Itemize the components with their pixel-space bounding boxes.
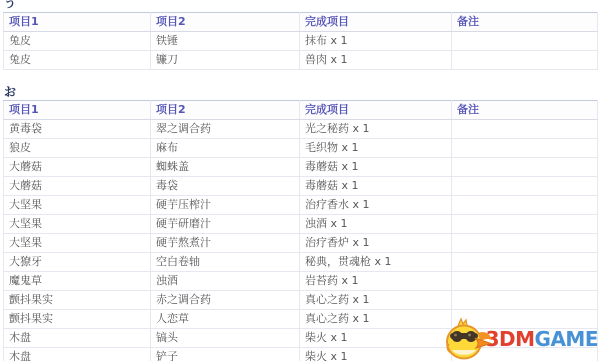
table-row: 大蘑菇毒袋毒蘑菇 x 1 (4, 177, 598, 196)
table-row: 魔鬼草浊酒岩苔药 x 1 (4, 272, 598, 291)
section-u: う 项目1项目2完成项目备注 兔皮铁锤抹布 x 1兔皮镰刀兽肉 x 1 (3, 0, 597, 70)
table-cell: 铲子 (151, 348, 300, 361)
table-cell: 岩苔药 x 1 (300, 272, 452, 291)
table-cell (452, 196, 598, 215)
table-cell (452, 215, 598, 234)
table-cell (452, 291, 598, 310)
table-cell: 秘典，贯魂枪 x 1 (300, 253, 452, 272)
column-header: 项目2 (151, 13, 300, 32)
table-cell: 大獠牙 (4, 253, 151, 272)
table-row: 黄毒袋翠之调合药光之秘药 x 1 (4, 120, 598, 139)
table-cell: 木盘 (4, 329, 151, 348)
table-row: 木盘铲子柴火 x 1 (4, 348, 598, 361)
table-cell: 兔皮 (4, 51, 151, 70)
table-cell (452, 32, 598, 51)
table-row: 大蘑菇蜘蛛盖毒蘑菇 x 1 (4, 158, 598, 177)
table-cell: 兽肉 x 1 (300, 51, 452, 70)
table-cell (452, 253, 598, 272)
table-cell: 麻布 (151, 139, 300, 158)
table-cell: 毛织物 x 1 (300, 139, 452, 158)
recipe-table-u: 项目1项目2完成项目备注 兔皮铁锤抹布 x 1兔皮镰刀兽肉 x 1 (3, 12, 598, 70)
table-cell (452, 177, 598, 196)
recipe-guide-content: う 项目1项目2完成项目备注 兔皮铁锤抹布 x 1兔皮镰刀兽肉 x 1 お 项目… (3, 0, 597, 361)
guide-page: う 项目1项目2完成项目备注 兔皮铁锤抹布 x 1兔皮镰刀兽肉 x 1 お 项目… (0, 0, 600, 361)
column-header: 项目2 (151, 101, 300, 120)
table-cell: 大坚果 (4, 196, 151, 215)
table-row: 木盘镐头柴火 x 1 (4, 329, 598, 348)
table-cell: 大蘑菇 (4, 177, 151, 196)
table-cell: 浊酒 x 1 (300, 215, 452, 234)
table-cell: 毒袋 (151, 177, 300, 196)
table-cell: 铁锤 (151, 32, 300, 51)
table-row: 兔皮铁锤抹布 x 1 (4, 32, 598, 51)
table-cell: 木盘 (4, 348, 151, 361)
table-cell: 空白卷轴 (151, 253, 300, 272)
table-cell: 镐头 (151, 329, 300, 348)
table-cell: 大坚果 (4, 234, 151, 253)
table-body-o: 黄毒袋翠之调合药光之秘药 x 1狼皮麻布毛织物 x 1大蘑菇蜘蛛盖毒蘑菇 x 1… (4, 120, 598, 361)
recipe-table-o: 项目1项目2完成项目备注 黄毒袋翠之调合药光之秘药 x 1狼皮麻布毛织物 x 1… (3, 100, 598, 361)
table-row: 大坚果硬芋压榨汁治疗香水 x 1 (4, 196, 598, 215)
table-row: 颤抖果实人恋草真心之药 x 1 (4, 310, 598, 329)
table-cell: 硬芋压榨汁 (151, 196, 300, 215)
column-header: 备注 (452, 13, 598, 32)
table-cell: 毒蘑菇 x 1 (300, 158, 452, 177)
table-cell: 治疗香水 x 1 (300, 196, 452, 215)
table-cell: 柴火 x 1 (300, 348, 452, 361)
table-row: 狼皮麻布毛织物 x 1 (4, 139, 598, 158)
table-row: 颤抖果实赤之调合药真心之药 x 1 (4, 291, 598, 310)
table-cell (452, 234, 598, 253)
column-header: 项目1 (4, 13, 151, 32)
table-cell: 大蘑菇 (4, 158, 151, 177)
table-row: 大坚果硬芋熬煮汁治疗香炉 x 1 (4, 234, 598, 253)
column-header: 完成项目 (300, 13, 452, 32)
column-header: 项目1 (4, 101, 151, 120)
table-cell: 颤抖果实 (4, 291, 151, 310)
section-label-u: う (3, 0, 597, 12)
table-cell (452, 348, 598, 361)
table-cell: 浊酒 (151, 272, 300, 291)
table-body-u: 兔皮铁锤抹布 x 1兔皮镰刀兽肉 x 1 (4, 32, 598, 70)
section-label-o: お (3, 86, 597, 100)
table-cell (452, 329, 598, 348)
table-cell: 兔皮 (4, 32, 151, 51)
table-cell (452, 120, 598, 139)
table-cell: 抹布 x 1 (300, 32, 452, 51)
table-cell (452, 310, 598, 329)
table-cell: 人恋草 (151, 310, 300, 329)
table-cell: 硬芋熬煮汁 (151, 234, 300, 253)
table-cell (452, 158, 598, 177)
table-cell: 柴火 x 1 (300, 329, 452, 348)
table-cell: 毒蘑菇 x 1 (300, 177, 452, 196)
table-cell: 光之秘药 x 1 (300, 120, 452, 139)
table-cell: 真心之药 x 1 (300, 291, 452, 310)
section-o: お 项目1项目2完成项目备注 黄毒袋翠之调合药光之秘药 x 1狼皮麻布毛织物 x… (3, 86, 597, 361)
table-cell: 黄毒袋 (4, 120, 151, 139)
table-row: 大坚果硬芋研磨汁浊酒 x 1 (4, 215, 598, 234)
table-cell: 颤抖果实 (4, 310, 151, 329)
column-header: 完成项目 (300, 101, 452, 120)
table-cell (452, 272, 598, 291)
column-header: 备注 (452, 101, 598, 120)
header-row: 项目1项目2完成项目备注 (4, 13, 598, 32)
table-cell: 大坚果 (4, 215, 151, 234)
table-cell: 蜘蛛盖 (151, 158, 300, 177)
header-row: 项目1项目2完成项目备注 (4, 101, 598, 120)
table-cell: 真心之药 x 1 (300, 310, 452, 329)
table-row: 兔皮镰刀兽肉 x 1 (4, 51, 598, 70)
table-cell: 镰刀 (151, 51, 300, 70)
table-cell: 翠之调合药 (151, 120, 300, 139)
table-cell: 魔鬼草 (4, 272, 151, 291)
table-cell: 治疗香炉 x 1 (300, 234, 452, 253)
table-cell: 狼皮 (4, 139, 151, 158)
table-cell (452, 51, 598, 70)
table-cell: 硬芋研磨汁 (151, 215, 300, 234)
table-cell (452, 139, 598, 158)
table-cell: 赤之调合药 (151, 291, 300, 310)
table-row: 大獠牙空白卷轴秘典，贯魂枪 x 1 (4, 253, 598, 272)
